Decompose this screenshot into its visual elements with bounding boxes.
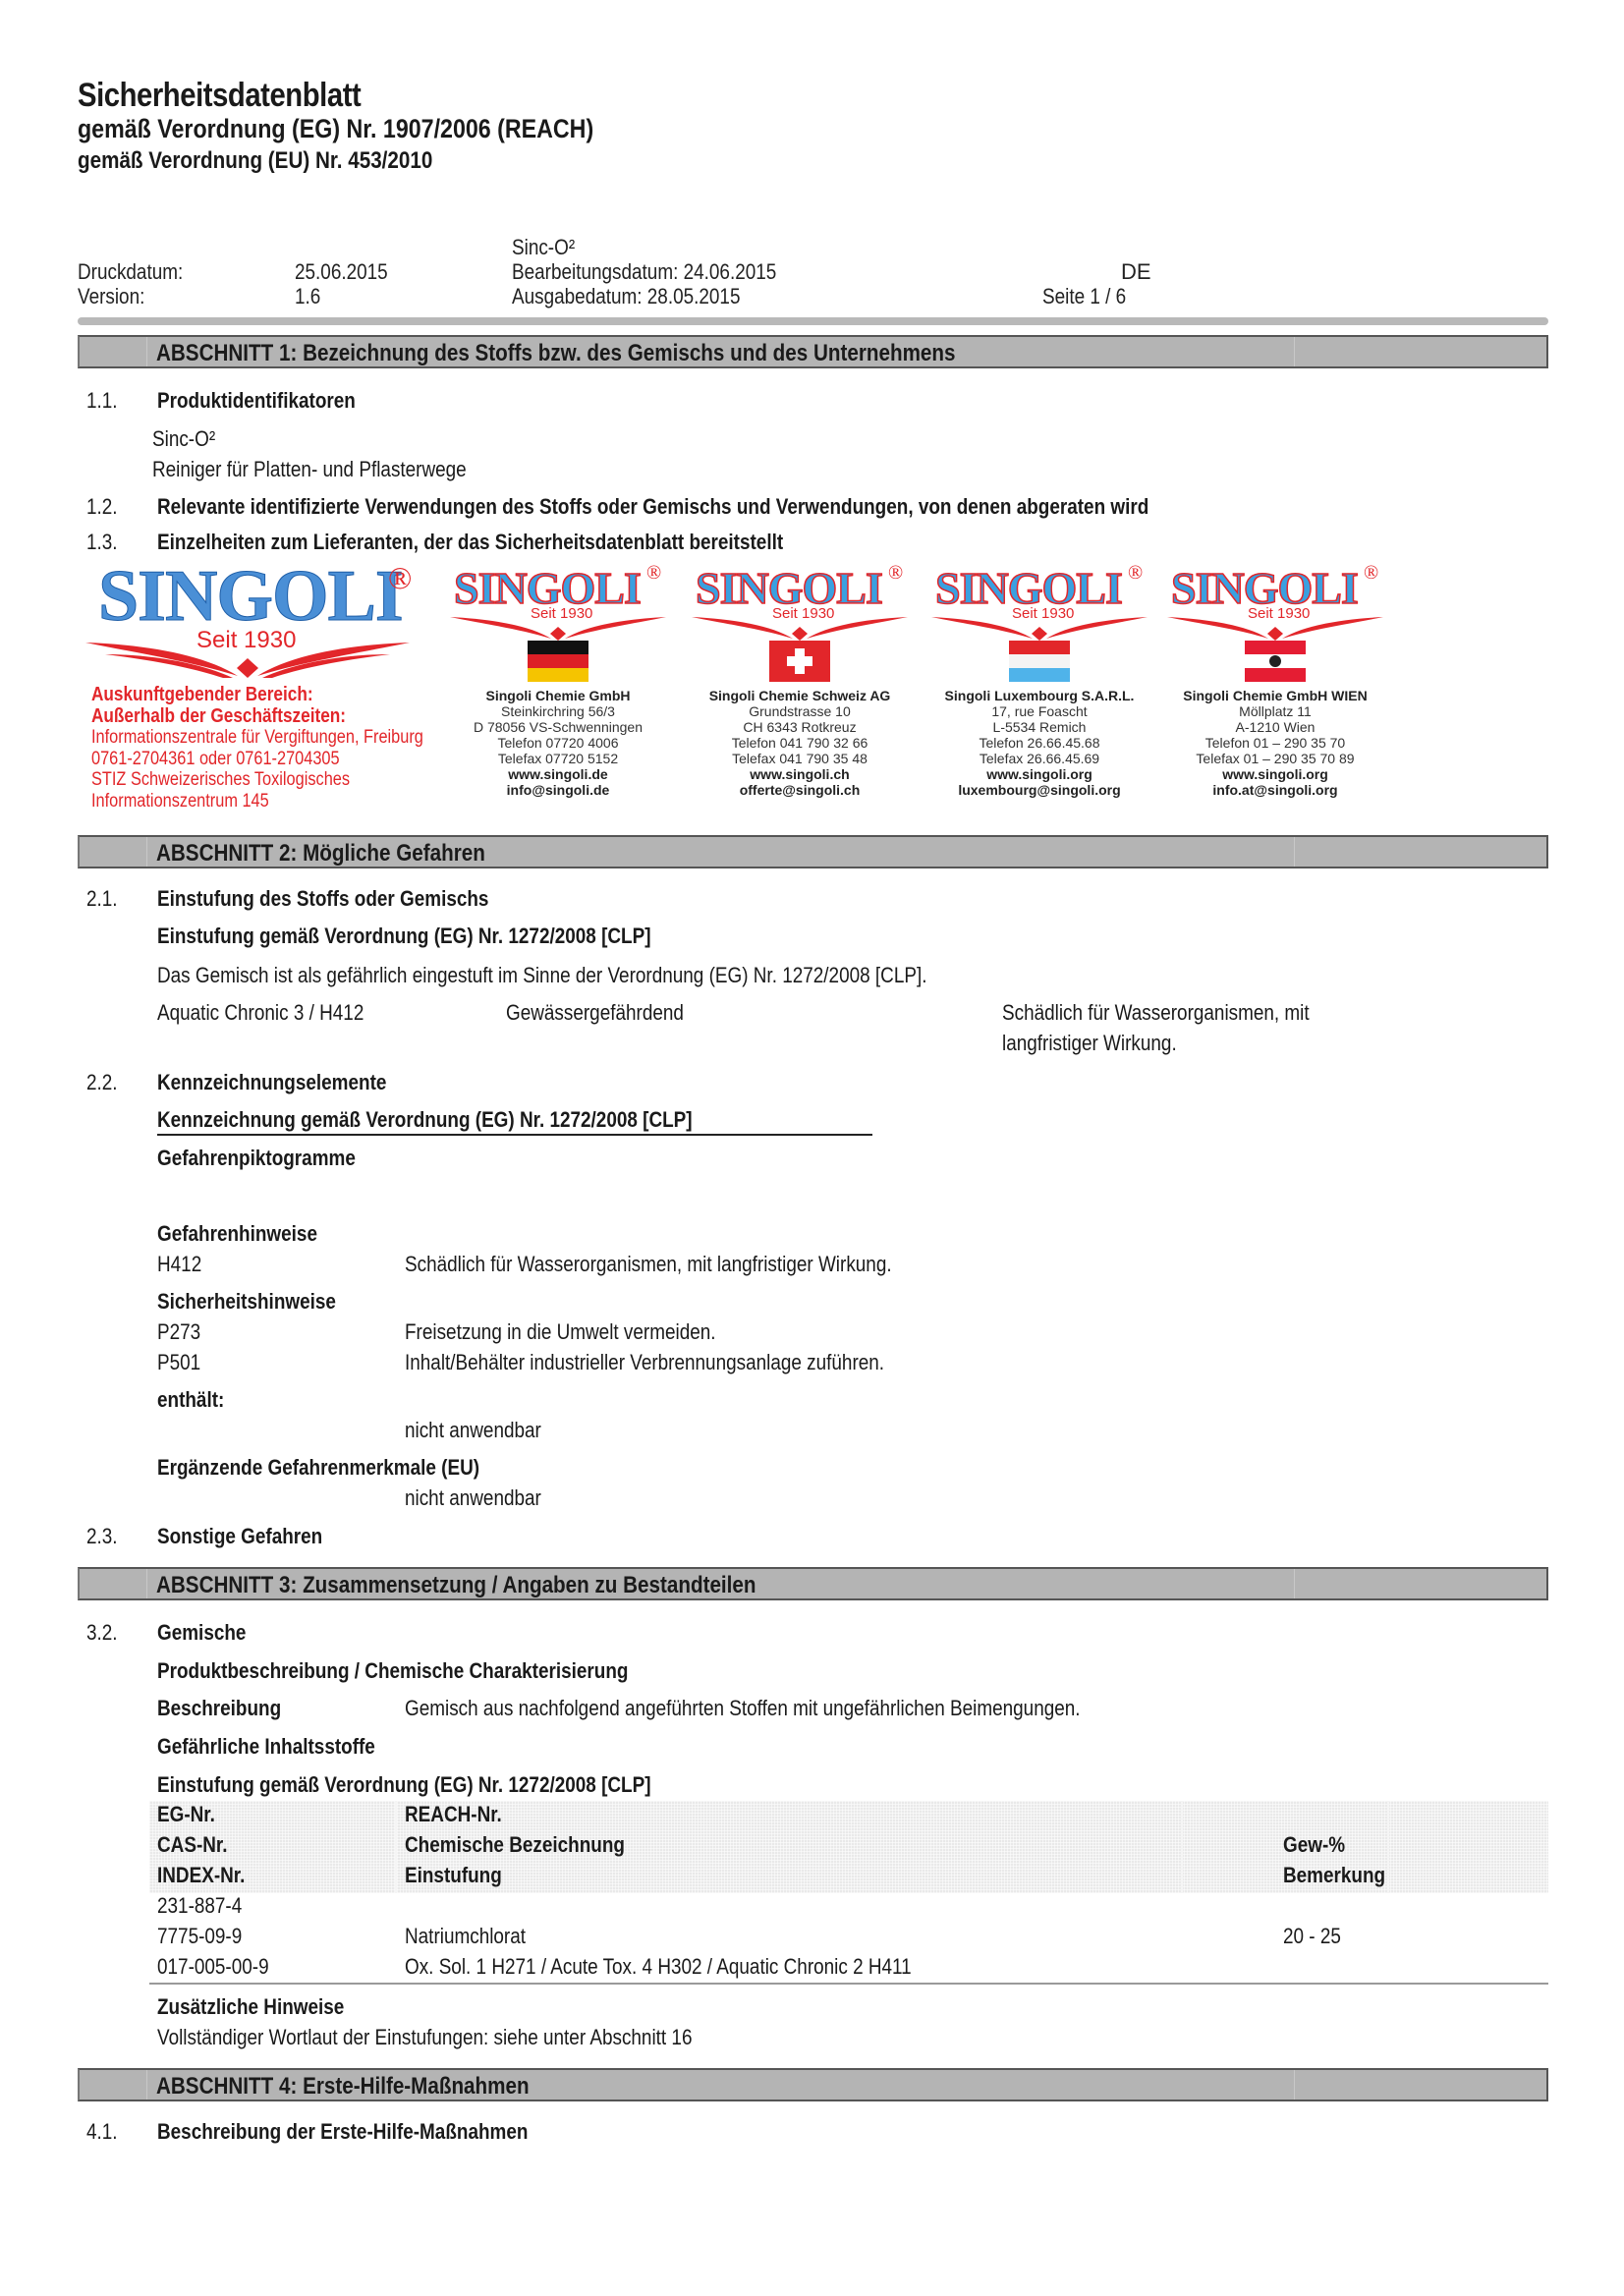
version-label: Version: xyxy=(78,284,144,309)
company-street: Steinkirchring 56/3 xyxy=(442,703,674,719)
austria-flag-icon xyxy=(1245,641,1306,682)
company-fax: Telefax 07720 5152 xyxy=(442,751,674,766)
emergency-line-3: Informationszentrale für Vergiftungen, F… xyxy=(91,727,423,749)
company-website[interactable]: www.singoli.org xyxy=(924,766,1155,782)
product-description-heading: Produktbeschreibung / Chemische Charakte… xyxy=(157,1658,628,1684)
company-city: A-1210 Wien xyxy=(1159,719,1391,735)
company-city: L-5534 Remich xyxy=(924,719,1155,735)
subsection-number: 2.1. xyxy=(86,886,118,912)
subsection-heading-other-hazards: Sonstige Gefahren xyxy=(157,1524,322,1549)
precaution-text: Inhalt/Behälter industrieller Verbrennun… xyxy=(405,1350,884,1375)
company-phone: Telefon 01 – 290 35 70 xyxy=(1159,735,1391,751)
company-phone: Telefon 041 790 32 66 xyxy=(684,735,916,751)
hazard-text: Schädlich für Wasserorganismen, mit lang… xyxy=(405,1252,892,1277)
emergency-line-5: STIZ Schweizerisches Toxilogisches xyxy=(91,769,423,791)
contains-label: enthält: xyxy=(157,1387,224,1413)
subsection-heading-product-identifiers: Produktidentifikatoren xyxy=(157,388,356,414)
col-header-weight-percent: Gew-% xyxy=(1283,1832,1345,1858)
company-card: SINGOLI®Seit 1930Singoli Chemie Schweiz … xyxy=(684,562,920,808)
emergency-line-6: Informationszentrum 145 xyxy=(91,791,423,812)
company-name: Singoli Luxembourg S.A.R.L. xyxy=(924,688,1155,703)
subsection-number: 2.2. xyxy=(86,1070,118,1095)
version-number: 1.6 xyxy=(295,284,320,309)
singoli-logo: SINGOLI®Seit 1930 xyxy=(450,562,666,641)
hazardous-ingredients-label: Gefährliche Inhaltsstoffe xyxy=(157,1734,375,1760)
subsection-heading-supplier: Einzelheiten zum Lieferanten, der das Si… xyxy=(157,530,783,555)
precautionary-statements-label: Sicherheitshinweise xyxy=(157,1289,336,1315)
company-website[interactable]: www.singoli.de xyxy=(442,766,674,782)
subsection-number: 1.2. xyxy=(86,494,118,520)
document-subtitle-eu: gemäß Verordnung (EU) Nr. 453/2010 xyxy=(78,147,432,175)
company-address: Singoli Chemie GmbHSteinkirchring 56/3D … xyxy=(442,688,674,798)
ingredients-clp-heading: Einstufung gemäß Verordnung (EG) Nr. 127… xyxy=(157,1772,651,1798)
singoli-logo: SINGOLI®Seit 1930 xyxy=(931,562,1148,641)
company-name: Singoli Chemie GmbH xyxy=(442,688,674,703)
col-header-remark: Bemerkung xyxy=(1283,1863,1385,1888)
mixture-classification-text: Das Gemisch ist als gefährlich eingestuf… xyxy=(157,963,926,988)
hazard-statements-label: Gefahrenhinweise xyxy=(157,1221,317,1247)
cell-chemical-name: Natriumchlorat xyxy=(405,1924,526,1949)
language-code: DE xyxy=(1121,259,1151,285)
subsection-number: 1.3. xyxy=(86,530,118,555)
document-subtitle-reach: gemäß Verordnung (EG) Nr. 1907/2006 (REA… xyxy=(78,114,593,144)
description-value: Gemisch aus nachfolgend angeführten Stof… xyxy=(405,1696,1081,1721)
company-email[interactable]: offerte@singoli.ch xyxy=(684,782,916,798)
company-email[interactable]: info.at@singoli.org xyxy=(1159,782,1391,798)
company-address: Singoli Luxembourg S.A.R.L.17, rue Foasc… xyxy=(924,688,1155,798)
company-card: SINGOLI®Seit 1930Singoli Chemie GmbHStei… xyxy=(442,562,678,808)
company-name: Singoli Chemie Schweiz AG xyxy=(684,688,916,703)
company-street: 17, rue Foascht xyxy=(924,703,1155,719)
cell-cas-nr: 7775-09-9 xyxy=(157,1924,242,1949)
subsection-number: 3.2. xyxy=(86,1620,118,1646)
singoli-logo: SINGOLI®Seit 1930 xyxy=(1167,562,1383,641)
supplemental-hazards-label: Ergänzende Gefahrenmerkmale (EU) xyxy=(157,1455,479,1481)
subsection-number: 2.3. xyxy=(86,1524,118,1549)
header-divider xyxy=(78,317,1548,325)
company-city: CH 6343 Rotkreuz xyxy=(684,719,916,735)
section-1-header: ABSCHNITT 1: Bezeichnung des Stoffs bzw.… xyxy=(78,335,1548,368)
clp-classification-heading: Einstufung gemäß Verordnung (EG) Nr. 127… xyxy=(157,924,651,949)
hazard-statement-line-2: langfristiger Wirkung. xyxy=(1002,1031,1177,1056)
company-card: SINGOLI®Seit 1930Singoli Chemie GmbH WIE… xyxy=(1159,562,1395,808)
section-3-title: ABSCHNITT 3: Zusammensetzung / Angaben z… xyxy=(156,1572,756,1599)
subsection-heading-classification: Einstufung des Stoffs oder Gemischs xyxy=(157,886,488,912)
section-1-title: ABSCHNITT 1: Bezeichnung des Stoffs bzw.… xyxy=(156,340,956,367)
subsection-heading-mixtures: Gemische xyxy=(157,1620,246,1646)
table-bottom-rule xyxy=(149,1983,1548,1985)
subsection-number: 4.1. xyxy=(86,2119,118,2145)
additional-notes-text: Vollständiger Wortlaut der Einstufungen:… xyxy=(157,2025,692,2050)
company-website[interactable]: www.singoli.ch xyxy=(684,766,916,782)
company-fax: Telefax 041 790 35 48 xyxy=(684,751,916,766)
col-header-reach-nr: REACH-Nr. xyxy=(405,1802,502,1827)
hazard-statement-line-1: Schädlich für Wasserorganismen, mit xyxy=(1002,1000,1310,1026)
emergency-info: Auskunftgebender Bereich: Außerhalb der … xyxy=(91,685,477,812)
hazard-class-name: Gewässergefährdend xyxy=(506,1000,684,1026)
precaution-code: P273 xyxy=(157,1319,200,1345)
labelling-underline xyxy=(157,1134,872,1136)
precaution-code: P501 xyxy=(157,1350,200,1375)
switzerland-flag-icon xyxy=(769,641,830,682)
cell-index-nr: 017-005-00-9 xyxy=(157,1954,269,1980)
product-description: Reiniger für Platten- und Pflasterwege xyxy=(152,457,467,482)
company-address: Singoli Chemie Schweiz AGGrundstrasse 10… xyxy=(684,688,916,798)
pictograms-label: Gefahrenpiktogramme xyxy=(157,1146,356,1171)
company-name: Singoli Chemie GmbH WIEN xyxy=(1159,688,1391,703)
company-phone: Telefon 07720 4006 xyxy=(442,735,674,751)
hazard-classification: Aquatic Chronic 3 / H412 xyxy=(157,1000,364,1026)
company-address: Singoli Chemie GmbH WIENMöllplatz 11A-12… xyxy=(1159,688,1391,798)
header-product-name: Sinc-O² xyxy=(512,235,575,260)
luxembourg-flag-icon xyxy=(1009,641,1070,682)
description-label: Beschreibung xyxy=(157,1696,281,1721)
precaution-text: Freisetzung in die Umwelt vermeiden. xyxy=(405,1319,716,1345)
flourish-ornament-icon xyxy=(85,625,410,680)
section-2-title: ABSCHNITT 2: Mögliche Gefahren xyxy=(156,840,485,868)
cell-classification: Ox. Sol. 1 H271 / Acute Tox. 4 H302 / Aq… xyxy=(405,1954,912,1980)
col-header-index-nr: INDEX-Nr. xyxy=(157,1863,245,1888)
company-phone: Telefon 26.66.45.68 xyxy=(924,735,1155,751)
col-header-cas-nr: CAS-Nr. xyxy=(157,1832,227,1858)
emergency-line-2: Außerhalb der Geschäftszeiten: xyxy=(91,706,423,728)
col-header-eg-nr: EG-Nr. xyxy=(157,1802,215,1827)
company-fax: Telefax 26.66.45.69 xyxy=(924,751,1155,766)
subsection-heading-label-elements: Kennzeichnungselemente xyxy=(157,1070,386,1095)
subsection-heading-first-aid: Beschreibung der Erste-Hilfe-Maßnahmen xyxy=(157,2119,528,2145)
additional-notes-label: Zusätzliche Hinweise xyxy=(157,1994,344,2020)
cell-weight-percent: 20 - 25 xyxy=(1283,1924,1341,1949)
company-email[interactable]: luxembourg@singoli.org xyxy=(924,782,1155,798)
company-email[interactable]: info@singoli.de xyxy=(442,782,674,798)
page-indicator: Seite 1 / 6 xyxy=(1042,284,1126,309)
clp-labelling-heading: Kennzeichnung gemäß Verordnung (EG) Nr. … xyxy=(157,1107,693,1133)
product-name: Sinc-O² xyxy=(152,426,215,452)
company-street: Grundstrasse 10 xyxy=(684,703,916,719)
section-4-header: ABSCHNITT 4: Erste-Hilfe-Maßnahmen xyxy=(78,2068,1548,2101)
singoli-main-logo: SINGOLI ® Seit 1930 xyxy=(93,560,418,678)
subsection-number: 1.1. xyxy=(86,388,118,414)
hazard-code: H412 xyxy=(157,1252,201,1277)
subsection-heading-uses: Relevante identifizierte Verwendungen de… xyxy=(157,494,1148,520)
issue-date: Ausgabedatum: 28.05.2015 xyxy=(512,284,740,309)
revision-date: Bearbeitungsdatum: 24.06.2015 xyxy=(512,259,776,285)
supplemental-hazards-value: nicht anwendbar xyxy=(405,1485,541,1511)
cell-eg-nr: 231-887-4 xyxy=(157,1893,242,1919)
company-website[interactable]: www.singoli.org xyxy=(1159,766,1391,782)
germany-flag-icon xyxy=(528,641,588,682)
singoli-logo: SINGOLI®Seit 1930 xyxy=(692,562,908,641)
contains-value: nicht anwendbar xyxy=(405,1418,541,1443)
print-date-label: Druckdatum: xyxy=(78,259,183,285)
emergency-line-4: 0761-2704361 oder 0761-2704305 xyxy=(91,749,423,770)
section-4-title: ABSCHNITT 4: Erste-Hilfe-Maßnahmen xyxy=(156,2073,530,2100)
company-street: Möllplatz 11 xyxy=(1159,703,1391,719)
company-city: D 78056 VS-Schwenningen xyxy=(442,719,674,735)
company-card: SINGOLI®Seit 1930Singoli Luxembourg S.A.… xyxy=(924,562,1159,808)
col-header-chemical-name: Chemische Bezeichnung xyxy=(405,1832,625,1858)
section-3-header: ABSCHNITT 3: Zusammensetzung / Angaben z… xyxy=(78,1567,1548,1600)
col-header-classification: Einstufung xyxy=(405,1863,502,1888)
document-title: Sicherheitsdatenblatt xyxy=(78,77,361,115)
print-date: 25.06.2015 xyxy=(295,259,388,285)
emergency-line-1: Auskunftgebender Bereich: xyxy=(91,685,423,706)
section-2-header: ABSCHNITT 2: Mögliche Gefahren xyxy=(78,835,1548,868)
company-fax: Telefax 01 – 290 35 70 89 xyxy=(1159,751,1391,766)
